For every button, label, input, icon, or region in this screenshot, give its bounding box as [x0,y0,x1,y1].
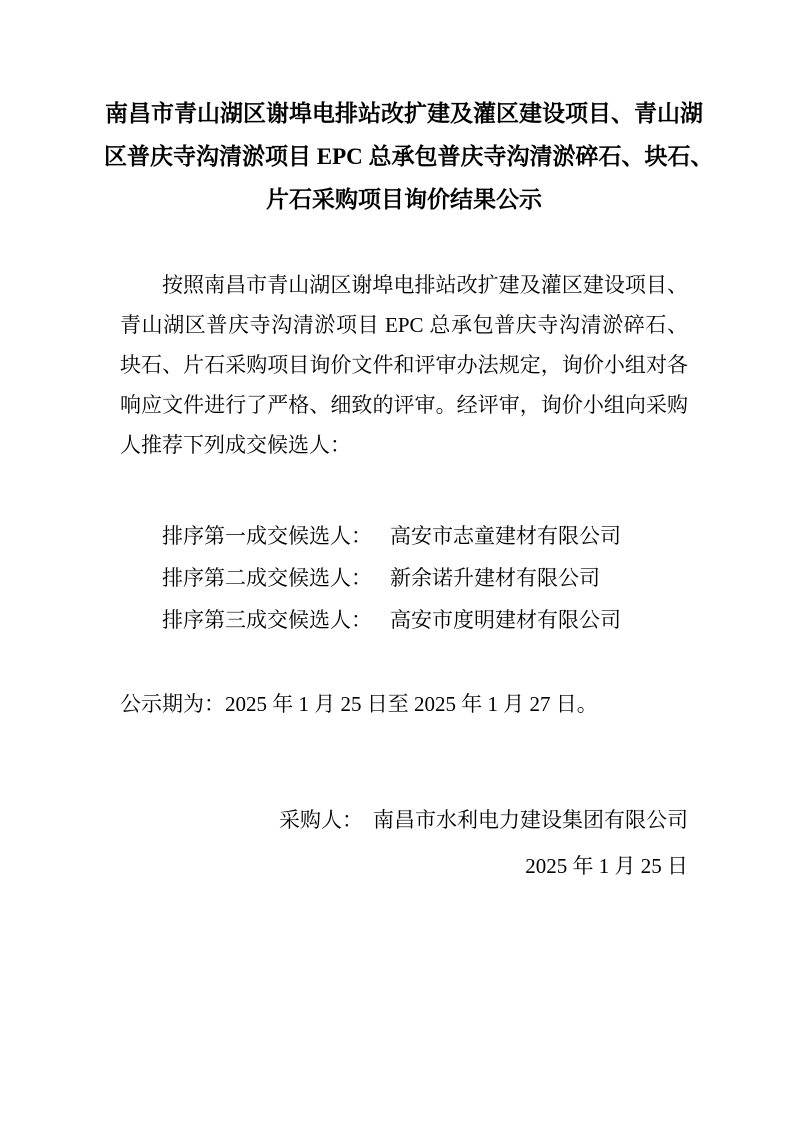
signature-block: 采购人：南昌市水利电力建设集团有限公司 2025 年 1 月 25 日 [120,797,688,889]
document-page: 南昌市青山湖区谢埠电排站改扩建及灌区建设项目、青山湖 区普庆寺沟清淤项目 EPC… [0,0,800,1131]
document-date: 2025 年 1 月 25 日 [120,843,688,889]
candidate-label: 排序第二成交候选人： [162,566,372,590]
document-title-line-3: 片石采购项目询价结果公示 [104,178,704,221]
publicity-period: 公示期为：2025 年 1 月 25 日至 2025 年 1 月 27 日。 [120,684,688,724]
candidate-row-2: 排序第二成交候选人：新余诺升建材有限公司 [120,557,688,599]
candidate-row-3: 排序第三成交候选人：高安市度明建材有限公司 [120,599,688,641]
candidate-row-1: 排序第一成交候选人：高安市志童建材有限公司 [120,515,688,557]
purchaser-line: 采购人：南昌市水利电力建设集团有限公司 [120,797,688,843]
document-title-line-1: 南昌市青山湖区谢埠电排站改扩建及灌区建设项目、青山湖 [104,92,704,135]
candidate-company: 高安市志童建材有限公司 [390,524,621,548]
purchaser-label: 采购人： [279,808,363,832]
candidate-company: 新余诺升建材有限公司 [390,566,600,590]
document-title: 南昌市青山湖区谢埠电排站改扩建及灌区建设项目、青山湖 区普庆寺沟清淤项目 EPC… [104,92,704,221]
purchaser-name: 南昌市水利电力建设集团有限公司 [373,808,688,832]
document-content: 南昌市青山湖区谢埠电排站改扩建及灌区建设项目、青山湖 区普庆寺沟清淤项目 EPC… [0,92,800,889]
document-title-line-2: 区普庆寺沟清淤项目 EPC 总承包普庆寺沟清淤碎石、块石、 [104,135,704,178]
candidate-label: 排序第三成交候选人： [162,608,372,632]
candidate-label: 排序第一成交候选人： [162,524,372,548]
candidate-company: 高安市度明建材有限公司 [390,608,621,632]
candidate-list: 排序第一成交候选人：高安市志童建材有限公司 排序第二成交候选人：新余诺升建材有限… [120,515,688,641]
body-paragraph: 按照南昌市青山湖区谢埠电排站改扩建及灌区建设项目、青山湖区普庆寺沟清淤项目 EP… [120,265,688,465]
